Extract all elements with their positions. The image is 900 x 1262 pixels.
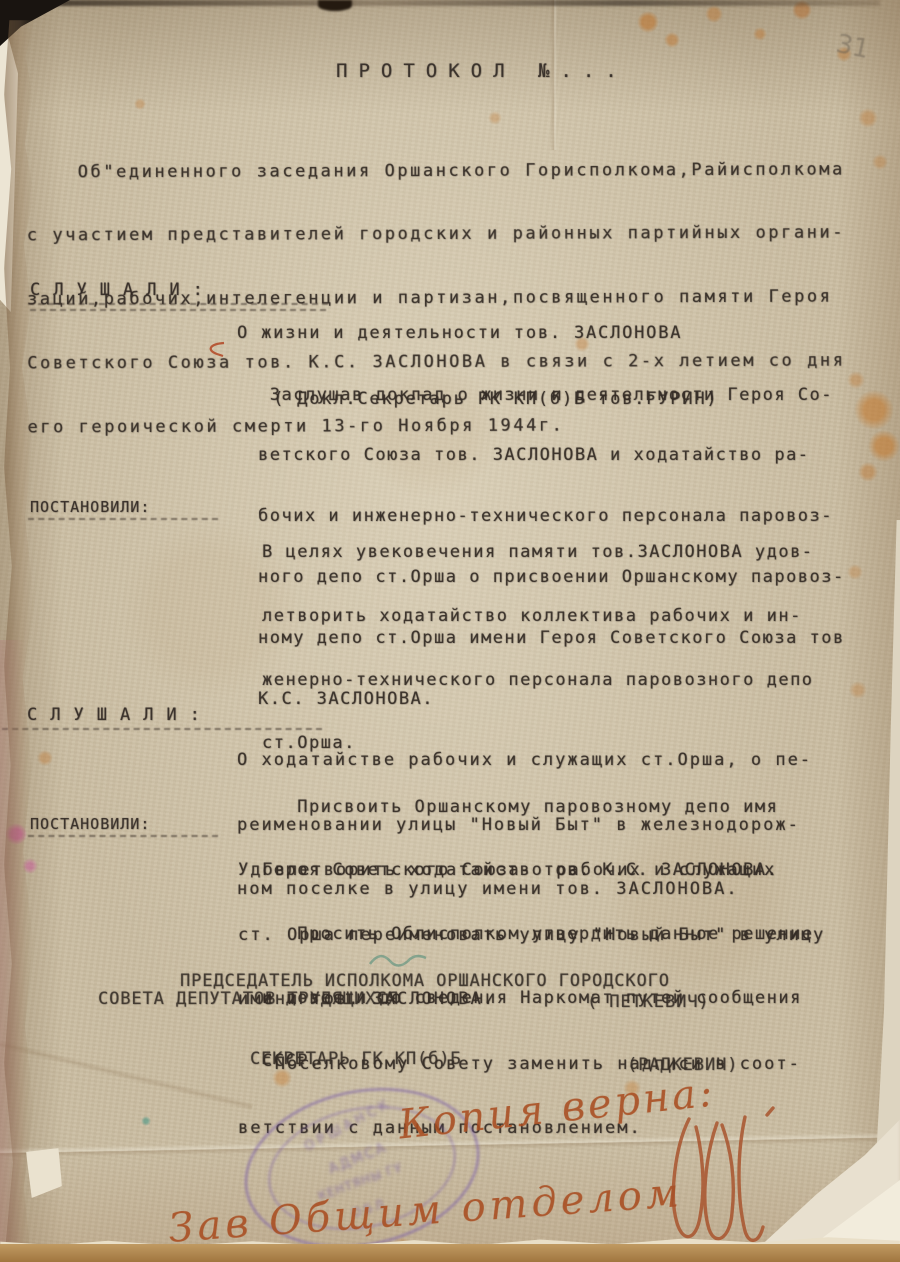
- torn-edge-top: [40, 0, 880, 6]
- handwritten-signature: [655, 1105, 780, 1257]
- body-line: ветского Союза тов. ЗАСЛОНОВА и ходатайс…: [258, 445, 845, 465]
- heading-underline: [28, 835, 218, 837]
- body-line: летворить ходатайство коллектива рабочих…: [262, 606, 814, 627]
- body-line: ст. Орша переименовать улицу "Новый Быт"…: [238, 925, 825, 947]
- underlying-page-strip: [0, 1244, 900, 1262]
- secretary-title: СЕКРЕТАРЬ ГК КП(б)Б: [250, 1050, 462, 1069]
- chairman-name: ( ПЕТКЕВИЧ): [587, 993, 709, 1012]
- body-line: Заслушав доклад о жизни и деятельности Г…: [258, 385, 845, 405]
- body-line: О ходатайстве рабочих и служащих ст.Орша…: [237, 750, 812, 772]
- left-edge-tint: [0, 640, 26, 1262]
- body-line: женерно-технического персонала паровозно…: [262, 670, 814, 691]
- document-scan: ПРОТОКОЛ №... Об"единенного заседания Ор…: [0, 0, 900, 1262]
- section1-heading: СЛУШАЛИ:: [30, 280, 216, 300]
- red-margin-mark-icon: [204, 340, 228, 362]
- torn-edge-top-mark: [318, 0, 352, 11]
- resolution1-heading: ПОСТАНОВИЛИ:: [30, 498, 150, 516]
- chairman-title-line2: СОВЕТА ДЕПУТАТОВ ТРУДЯЩИХСЯ: [98, 990, 399, 1009]
- chairman-title-line1: ПРЕДСЕДАТЕЛЬ ИСПОЛКОМА ОРШАНСКОГО ГОРОДС…: [180, 972, 670, 991]
- intro-line: Об"единенного заседания Оршанского Горис…: [27, 159, 845, 183]
- resolution2-heading: ПОСТАНОВИЛИ:: [30, 815, 150, 833]
- body-line: В целях увековечения памяти тов.ЗАСЛОНОВ…: [262, 542, 814, 563]
- topic-line: О жизни и деятельности тов. ЗАСЛОНОВА: [237, 322, 718, 344]
- section2-heading: СЛУШАЛИ:: [27, 705, 213, 725]
- intro-line: с участием представителей городских и ра…: [27, 223, 845, 247]
- document-title: ПРОТОКОЛ №...: [336, 60, 628, 82]
- body-line: Удовлетворить ходатайство рабочих и служ…: [238, 860, 825, 882]
- green-scribble-icon: [368, 950, 430, 970]
- heading-underline: [28, 518, 218, 520]
- pencil-page-number: 31: [833, 29, 872, 65]
